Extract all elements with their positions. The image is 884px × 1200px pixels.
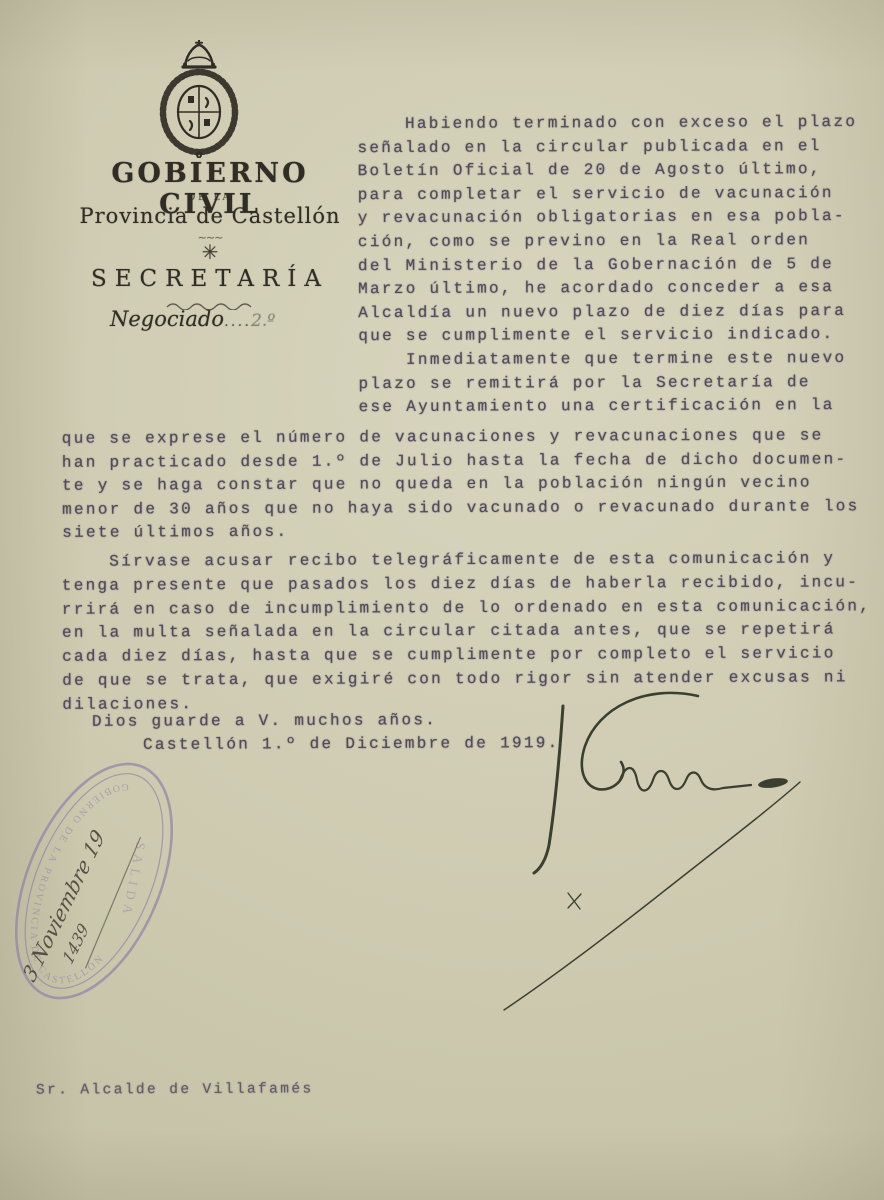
stamp-handwritten-number: 1439 xyxy=(59,920,92,968)
registry-stamp: GOBIERNO DE LA PROVINCIA DE CASTELLÓN SA… xyxy=(0,736,215,1041)
typewritten-line: te y se haga constar que no queda en la … xyxy=(62,471,880,498)
typewritten-line: para completar el servicio de vacunación xyxy=(358,182,878,208)
typewritten-line: señalado en la circular publicada en el xyxy=(357,134,877,160)
dotted-leader: .... xyxy=(224,312,251,330)
province-name: Provincia de Castellón xyxy=(40,204,380,228)
negociado-label: Negociado xyxy=(110,307,224,331)
letter-page: GOBIERNO CIVIL DE LA Provincia de Castel… xyxy=(0,0,884,1200)
typewritten-line: en la multa señalada en la circular cita… xyxy=(62,619,880,646)
body-column-paragraphs: Habiendo terminado con exceso el plazose… xyxy=(357,111,878,420)
typewritten-line: Alcaldía un nuevo plazo de diez días par… xyxy=(358,300,878,326)
typewritten-line: Habiendo terminado con exceso el plazo xyxy=(357,111,877,137)
typewritten-line: que se cumplimente el servicio indicado. xyxy=(358,323,878,349)
office-name: SECRETARÍA xyxy=(55,266,365,292)
typewritten-line: rrirá en caso de incumplimiento de lo or… xyxy=(62,595,880,622)
closing-dateline: Castellón 1.º de Diciembre de 1919. xyxy=(143,734,560,754)
typewritten-line: Inmediatamente que termine este nuevo xyxy=(358,347,878,373)
signature xyxy=(470,678,830,1028)
typewritten-line: Marzo último, he acordado conceder a esa xyxy=(358,276,878,302)
typewritten-line: y revacunación obligatorias en esa pobla… xyxy=(358,205,878,231)
typewritten-line: menor de 30 años que no haya sido vacuna… xyxy=(62,495,880,522)
typewritten-line: ese Ayuntamiento una certificación en la xyxy=(359,394,879,420)
printer-ornament-icon: ~~~ ✳ xyxy=(55,231,365,259)
typewritten-line: siete últimos años. xyxy=(62,519,880,546)
typewritten-line: cada diez días, hasta que se cumplimente… xyxy=(62,642,880,669)
typewritten-line: ción, como se previno en la Real orden xyxy=(358,229,878,255)
body-full-width-lines: que se exprese el número de vacunaciones… xyxy=(62,424,881,546)
typewritten-line: Sírvase acusar recibo telegráficamente d… xyxy=(62,547,880,574)
squiggle-icon: ~~~ xyxy=(55,231,365,245)
typewritten-line: han practicado desde 1.º de Julio hasta … xyxy=(62,448,880,475)
stamp-salida-text: SALIDA xyxy=(119,841,149,920)
typewritten-line: plazo se remitirá por la Secretaría de xyxy=(358,370,878,396)
typewritten-line: que se exprese el número de vacunaciones… xyxy=(62,424,880,451)
royal-crest-icon xyxy=(143,40,255,163)
addressee-line: Sr. Alcalde de Villafamés xyxy=(36,1081,314,1098)
typewritten-line: Boletín Oficial de 20 de Agosto último, xyxy=(358,158,878,184)
typewritten-line: del Ministerio de la Gobernación de 5 de xyxy=(358,252,878,278)
body-warning-paragraph: Sírvase acusar recibo telegráficamente d… xyxy=(62,547,881,717)
org-subline: DE LA xyxy=(55,193,365,203)
svg-text:GOBIERNO DE LA PROVINCIA DE CA: GOBIERNO DE LA PROVINCIA DE CASTELLÓN xyxy=(1,763,174,1001)
negociado-number: 2.º xyxy=(251,311,275,331)
closing-salute: Dios guarde a V. muchos años. xyxy=(92,711,437,731)
stamp-handwritten-date: 3 Noviembre 19 xyxy=(18,825,109,987)
typewritten-line: tenga presente que pasados los diez días… xyxy=(62,571,880,598)
typewritten-line: de que se trata, que exigiré con todo ri… xyxy=(62,666,880,693)
stamp-ring-text: GOBIERNO DE LA PROVINCIA DE CASTELLÓN xyxy=(1,763,174,1001)
